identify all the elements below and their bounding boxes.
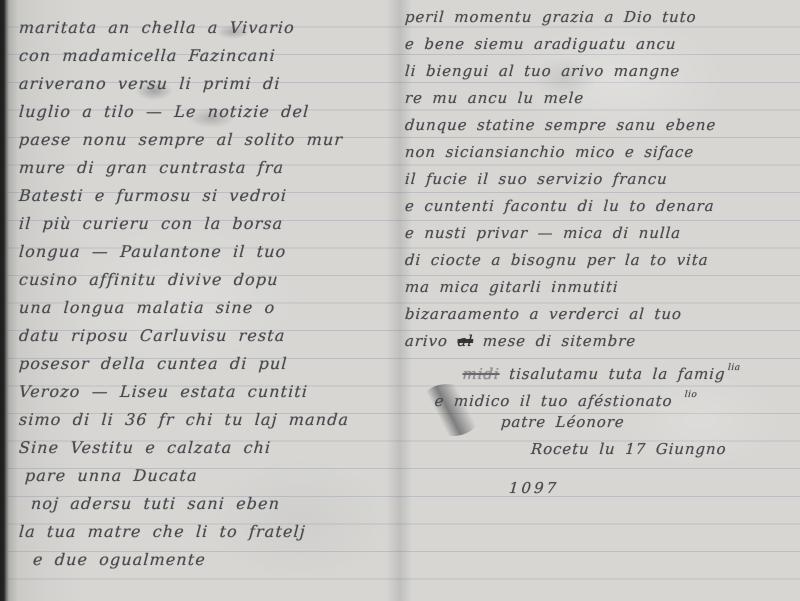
handwriting-line: paese nonu sempre al solito mur xyxy=(18,126,392,154)
handwriting-line: re mu ancu lu mele xyxy=(404,85,800,112)
handwriting-line: e cuntenti facontu di lu to denara xyxy=(404,193,800,220)
handwriting-line-september: arivo al mese di sitembre xyxy=(404,328,800,355)
struck-word: al xyxy=(457,332,474,350)
september-pre: arivo xyxy=(404,332,458,350)
september-post: mese di sitembre xyxy=(472,332,636,350)
scan-dark-edge xyxy=(0,0,18,601)
handwriting-line: di ciocte a bisognu per la to vita xyxy=(404,247,800,274)
handwriting-line: con madamicella Fazincani xyxy=(18,42,392,70)
year-line: 1097 xyxy=(508,475,800,502)
handwriting-line: e due ogualmente xyxy=(32,546,392,574)
handwriting-line: ariverano versu li primi di xyxy=(18,70,392,98)
letter-scan: maritata an chella a Vivario con madamic… xyxy=(0,0,800,601)
superscript-text: lio xyxy=(684,390,697,400)
handwriting-line: luglio a tilo — Le notizie del xyxy=(18,98,392,126)
affection-text: e midico il tuo aféstionato xyxy=(434,392,683,410)
handwriting-line: una longua malatia sine o xyxy=(18,294,392,322)
handwriting-line: il più curieru con la borsa xyxy=(18,210,392,238)
handwriting-line: simo di li 36 fr chi tu laj manda xyxy=(18,406,392,434)
handwriting-line: longua — Paulantone il tuo xyxy=(18,238,392,266)
right-page: peril momentu grazia a Dio tuto e bene s… xyxy=(404,0,798,502)
salutation-text: tisalutamu tuta la famig xyxy=(499,365,726,383)
handwriting-line: dunque statine sempre sanu ebene xyxy=(404,112,800,139)
left-page: maritata an chella a Vivario con madamic… xyxy=(18,0,390,574)
handwriting-line: il fucie il suo servizio francu xyxy=(404,166,800,193)
handwriting-line: pare unna Ducata xyxy=(24,462,392,490)
handwriting-line: noj adersu tuti sani eben xyxy=(30,490,392,518)
signature-line: patre Léonore xyxy=(500,409,800,436)
handwriting-line: e bene siemu aradiguatu ancu xyxy=(404,31,800,58)
handwriting-line-salutation: midi tisalutamu tuta la famiglia xyxy=(462,355,800,382)
handwriting-line: bizaraamento a verderci al tuo xyxy=(404,301,800,328)
handwriting-line: non siciansianchio mico e siface xyxy=(404,139,800,166)
handwriting-line: ma mica gitarli inmutiti xyxy=(404,274,800,301)
handwriting-line: posesor della cuntea di pul xyxy=(18,350,392,378)
place-date-line: Rocetu lu 17 Giungno xyxy=(530,436,800,463)
handwriting-line: maritata an chella a Vivario xyxy=(18,14,392,42)
handwriting-line: la tua matre che li to fratelj xyxy=(18,518,392,546)
superscript-text: lia xyxy=(728,363,741,373)
handwriting-line: cusino affinitu divive dopu xyxy=(18,266,392,294)
handwriting-line-affection: e midico il tuo aféstionato lio xyxy=(434,382,800,409)
handwriting-line: e nusti privar — mica di nulla xyxy=(404,220,800,247)
handwriting-line: mure di gran cuntrasta fra xyxy=(18,154,392,182)
smudged-word: midi xyxy=(462,365,500,383)
handwriting-line: Batesti e furmosu si vedroi xyxy=(18,182,392,210)
handwriting-line: peril momentu grazia a Dio tuto xyxy=(404,4,800,31)
handwriting-line: li biengui al tuo arivo mangne xyxy=(404,58,800,85)
handwriting-line: Sine Vestitu e calzata chi xyxy=(18,434,392,462)
handwriting-line: datu riposu Carluvisu resta xyxy=(18,322,392,350)
handwriting-line: Verozo — Liseu estata cuntiti xyxy=(18,378,392,406)
